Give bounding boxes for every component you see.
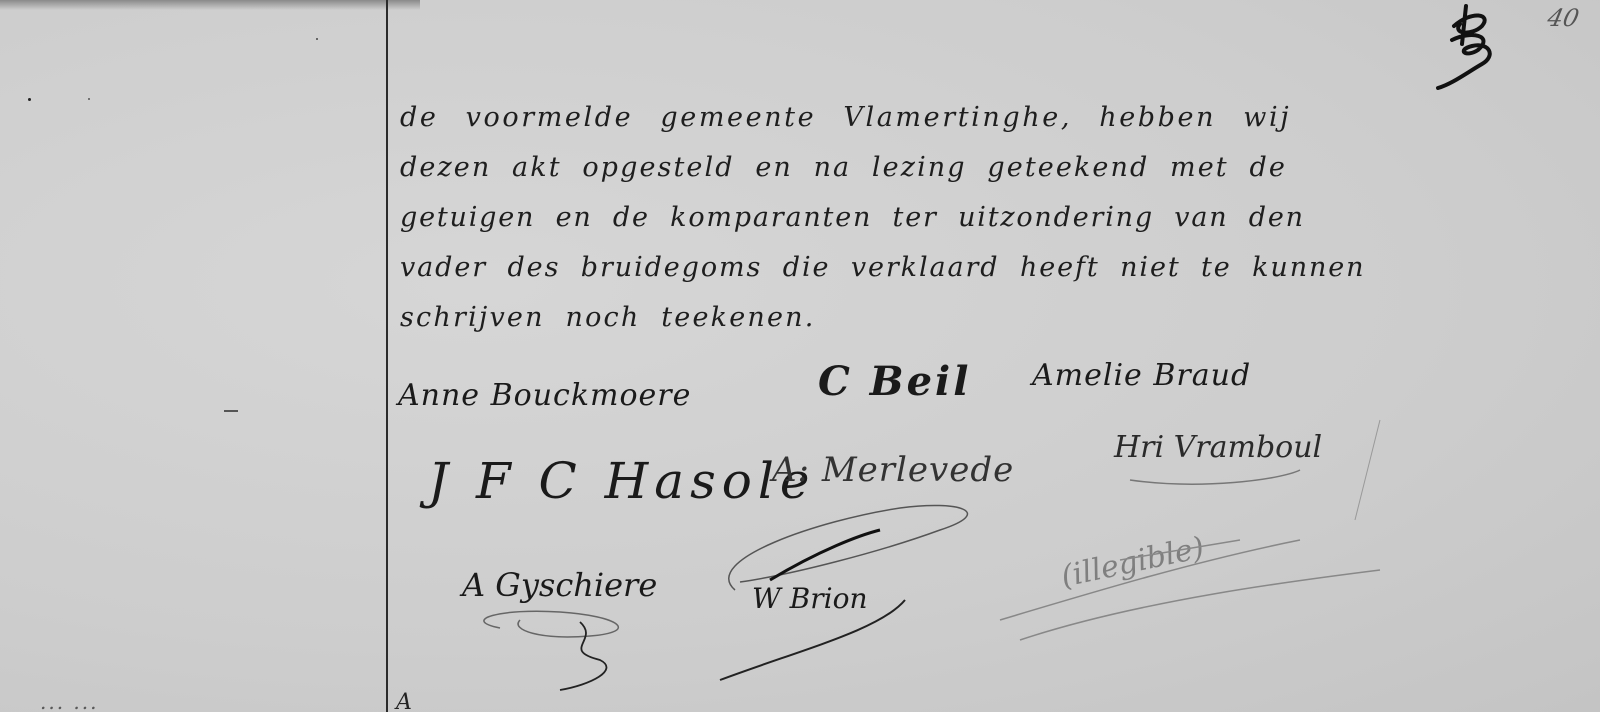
margin-note: ... ...	[40, 690, 99, 712]
margin-rule-line	[386, 0, 388, 712]
text-line: dezen akt opgesteld en na lezing geteeke…	[400, 146, 1560, 196]
text-line: getuigen en de komparanten ter uitzonder…	[400, 196, 1560, 246]
text-line: de voormelde gemeente Vlamertinghe, hebb…	[400, 96, 1560, 146]
margin-dash	[224, 410, 238, 412]
signature: J F C Hasole	[428, 452, 815, 510]
continuation-mark: A	[396, 690, 412, 712]
signature: (illegible)	[1058, 530, 1207, 594]
signature: C Beil	[818, 358, 971, 405]
signature: W Brion	[752, 582, 868, 615]
record-body-text: de voormelde gemeente Vlamertinghe, hebb…	[400, 96, 1560, 346]
page-number: 40	[1545, 4, 1581, 32]
signature: A Gyschiere	[462, 566, 657, 604]
signature: Anne Bouckmoere	[398, 378, 691, 413]
folio-flourish-icon	[1432, 0, 1512, 95]
left-margin-column: ... ...	[0, 0, 386, 712]
text-line: vader des bruidegoms die verklaard heeft…	[400, 246, 1560, 296]
ink-speck	[88, 98, 90, 100]
ink-speck	[316, 38, 318, 40]
ink-speck	[28, 98, 31, 101]
signature: Hri Vramboul	[1114, 430, 1322, 465]
document-page: ... ... 40 de voormelde gemeente Vlamert…	[0, 0, 1600, 712]
signature: A: Merlevede	[772, 450, 1014, 490]
signature: Amelie Braud	[1032, 358, 1251, 393]
text-line: schrijven noch teekenen.	[400, 296, 1560, 346]
